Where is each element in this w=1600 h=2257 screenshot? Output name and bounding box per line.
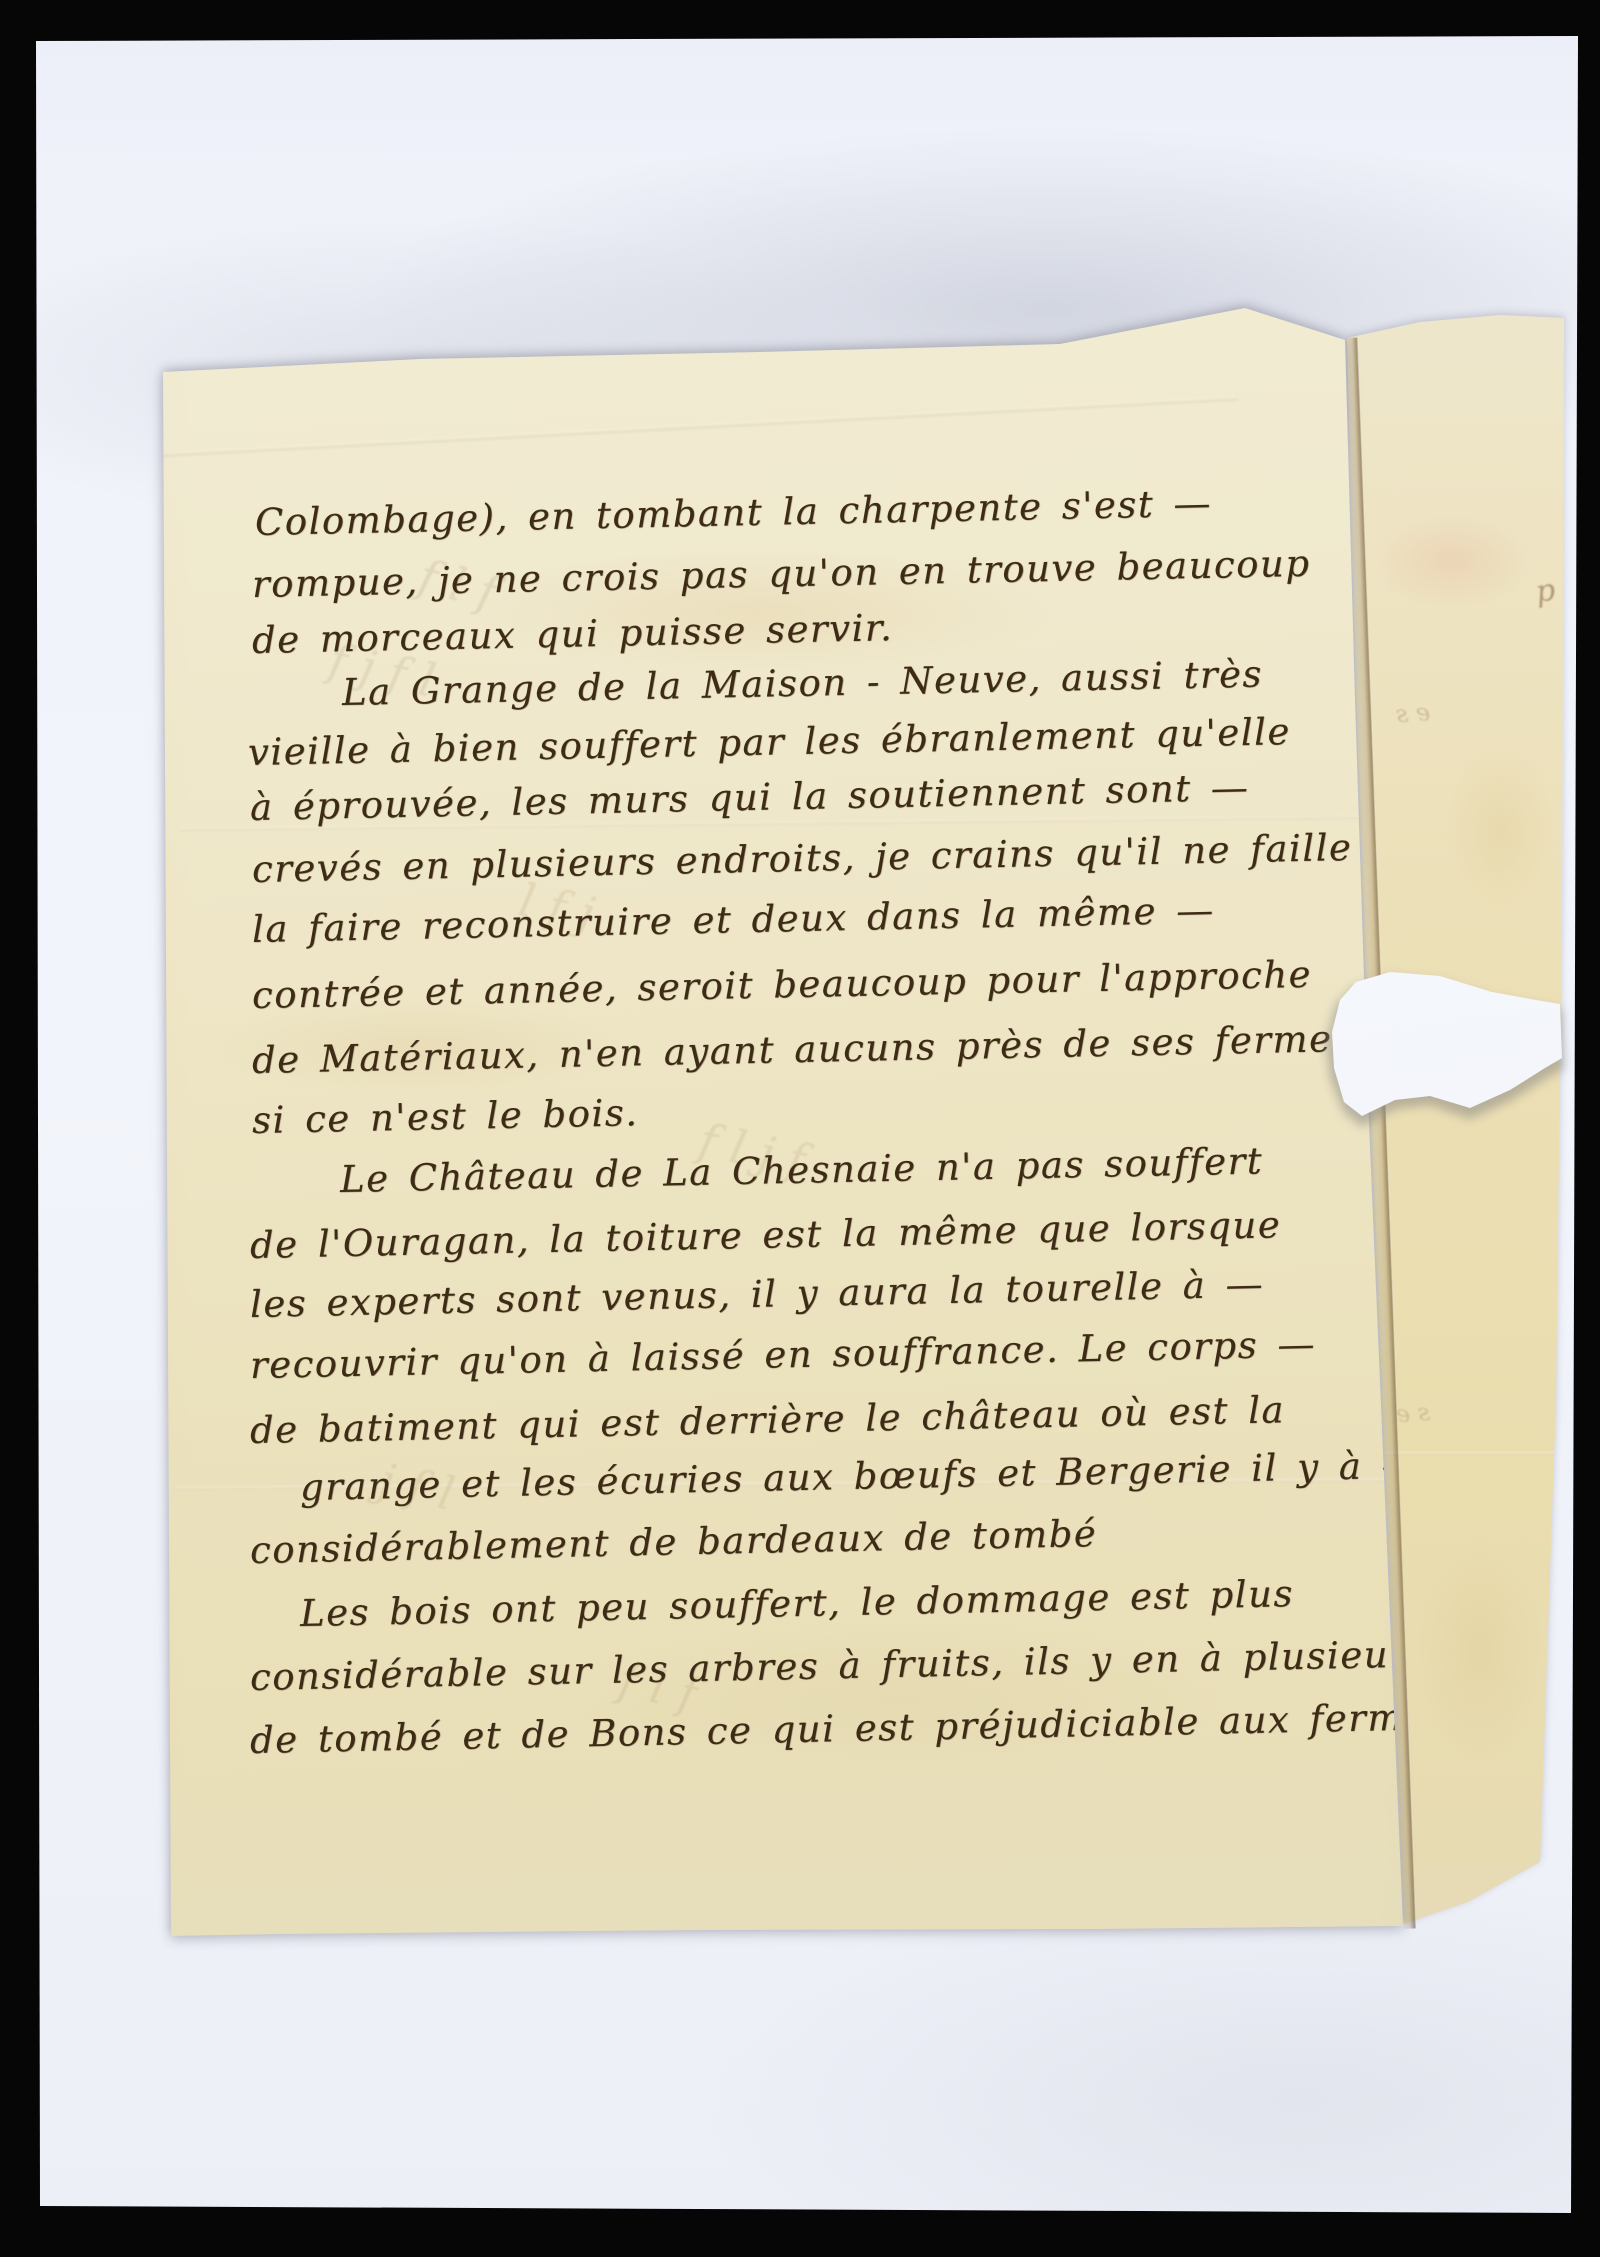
- tear-shadow: [0, 7, 1600, 2257]
- tear-shadow-shape: [0, 7, 1600, 2257]
- photo-frame: pe sc es e c. ejme fostout toien e lesce…: [0, 0, 1600, 2257]
